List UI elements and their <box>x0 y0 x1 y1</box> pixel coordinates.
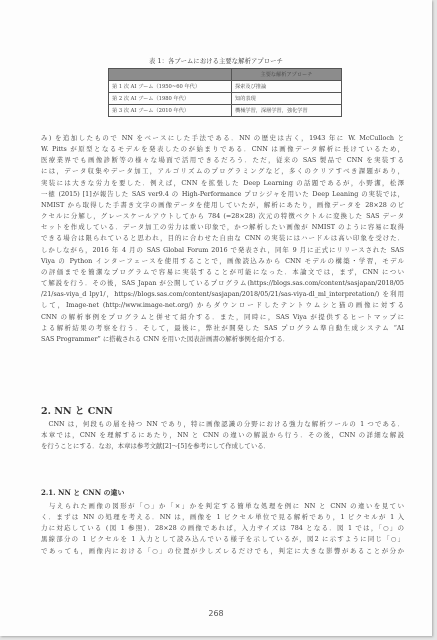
table-cell: 第 3 次 AI ブーム（2010 年代） <box>109 105 232 117</box>
text-line: 一徳 (2015) [1]が報告した SAS ver9.4 の High-Per… <box>41 189 404 200</box>
text-line: 本章では，CNN を理解するにあたり，NN と CNN の違いの解説から行う．そ… <box>41 430 404 441</box>
table-cell: 第 2 次 AI ブーム（1980 年代） <box>109 93 232 105</box>
text-line: CNN の解析事例をプログラムと併せて紹介する．また，同時に，SAS Viya … <box>41 312 404 323</box>
page-number: 268 <box>0 609 432 618</box>
section2-1-paragraph: 与えられた画像の図形が「○」か「×」かを判定する簡単な処理を例に NN と CN… <box>41 501 404 557</box>
text-line: SAS Programmer” に搭載される CNN を用いた図表計画書の解析事… <box>41 334 404 345</box>
text-line: よる解析結果の考察を行う．そして，最後に，弊社が開発した SAS プログラム準自… <box>41 323 404 334</box>
table-cell: 第 1 次 AI ブーム（1950~60 年代） <box>109 81 232 93</box>
table-cell: 機械学習，深層学習，強化学習 <box>232 105 342 117</box>
section-heading-2: 2. NN と CNN <box>41 403 113 417</box>
text-line: 与えられた画像の図形が「○」か「×」かを判定する簡単な処理を例に NN と CN… <box>41 501 404 512</box>
text-line: /21/sas-viya_d lpy1/，https://blogs.sas.c… <box>41 289 404 300</box>
text-line: 黒線部分の 1 ピクセルを 1 入力として読み込んでいる様子を示しているが，図2… <box>41 534 404 545</box>
intro-paragraph: み) を追加したもので NN をベースにした手法である．NN の歴史は古く，19… <box>41 133 404 345</box>
table-cell: 知的表現 <box>232 93 342 105</box>
text-line: できる場合は限られていると思われ，目的に合わせた自由な CNN の実装にはハード… <box>41 233 404 244</box>
table-caption: 表 1：各ブームにおける主要な解析アプローチ <box>0 56 432 65</box>
text-line: クセルに分解し，グレースケールアウトしてから 784 (=28×28) 次元の特… <box>41 211 404 222</box>
text-line: しかしながら，2016 年 4 月の SAS Global Forum 2016… <box>41 245 404 256</box>
table-row: 第 1 次 AI ブーム（1950~60 年代） 探索及び推論 <box>109 81 342 93</box>
text-line: く．まずは NN の処理を考える．NN は，画像を 1 ピクセル単位で見る解析で… <box>41 512 404 523</box>
text-line: であっても，画像内における「○」の位置が少しズレるだけでも，判定に大きな影響があ… <box>41 546 404 557</box>
table-row: 第 2 次 AI ブーム（1980 年代） 知的表現 <box>109 93 342 105</box>
text-line: Viya の Python インターフェースを使用することで，画像読込みから C… <box>41 256 404 267</box>
text-line: 力に対応している (図 1 参照)．28×28 の画像であれば，入力サイズは 7… <box>41 523 404 534</box>
text-line: には，データ収集やデータ加工，アルゴリズムのプログラミングなど，多くのクリアすべ… <box>41 166 404 177</box>
text-line: W. Pitts が原型となるモデルを発表したのが始まりである．CNN は画像デ… <box>41 144 404 155</box>
table-row: 第 3 次 AI ブーム（2010 年代） 機械学習，深層学習，強化学習 <box>109 105 342 117</box>
text-line: NMIST から取得した手書き文字の画像データを使用していたが，解析にあたり，画… <box>41 200 404 211</box>
table-header-cell <box>109 69 232 81</box>
text-line: の評価までを簡潔なプログラムで容易に実装することが可能になった．本論文では，まず… <box>41 267 404 278</box>
document-page: 表 1：各ブームにおける主要な解析アプローチ 主要な解析アプローチ 第 1 次 … <box>0 0 432 636</box>
ai-boom-table: 主要な解析アプローチ 第 1 次 AI ブーム（1950~60 年代） 探索及び… <box>108 68 342 117</box>
text-line: セットを作成している．データ加工の労力は重い印象で，かつ解析したい画像が NMI… <box>41 222 404 233</box>
text-line: 医療業界でも画像診断等の様々な場面で活用できるだろう．ただ，従来の SAS 製品… <box>41 155 404 166</box>
text-line: て解説を行う．その後，SAS Japan が公開しているプログラム(https:… <box>41 278 404 289</box>
text-line: み) を追加したもので NN をベースにした手法である．NN の歴史は古く，19… <box>41 133 404 144</box>
text-line: 実装には大きな労力を要した．例えば，CNN を拡張した Deep Learnin… <box>41 178 404 189</box>
table-header-cell: 主要な解析アプローチ <box>232 69 342 81</box>
text-line: して，Image-net (http://www.image-net.org/)… <box>41 300 404 311</box>
section2-paragraph: CNN は，何段もの層を持つ NN であり，特に画像認識の分野における強力な解析… <box>41 419 404 452</box>
table-header-row: 主要な解析アプローチ <box>109 69 342 81</box>
text-line: CNN は，何段もの層を持つ NN であり，特に画像認識の分野における強力な解析… <box>41 419 404 430</box>
section-heading-2-1: 2.1. NN と CNN の違い <box>41 488 125 498</box>
table-cell: 探索及び推論 <box>232 81 342 93</box>
text-line: を行うことにする．なお，本章は参考文献[2]～[5]を参考にして作成している． <box>41 441 404 452</box>
